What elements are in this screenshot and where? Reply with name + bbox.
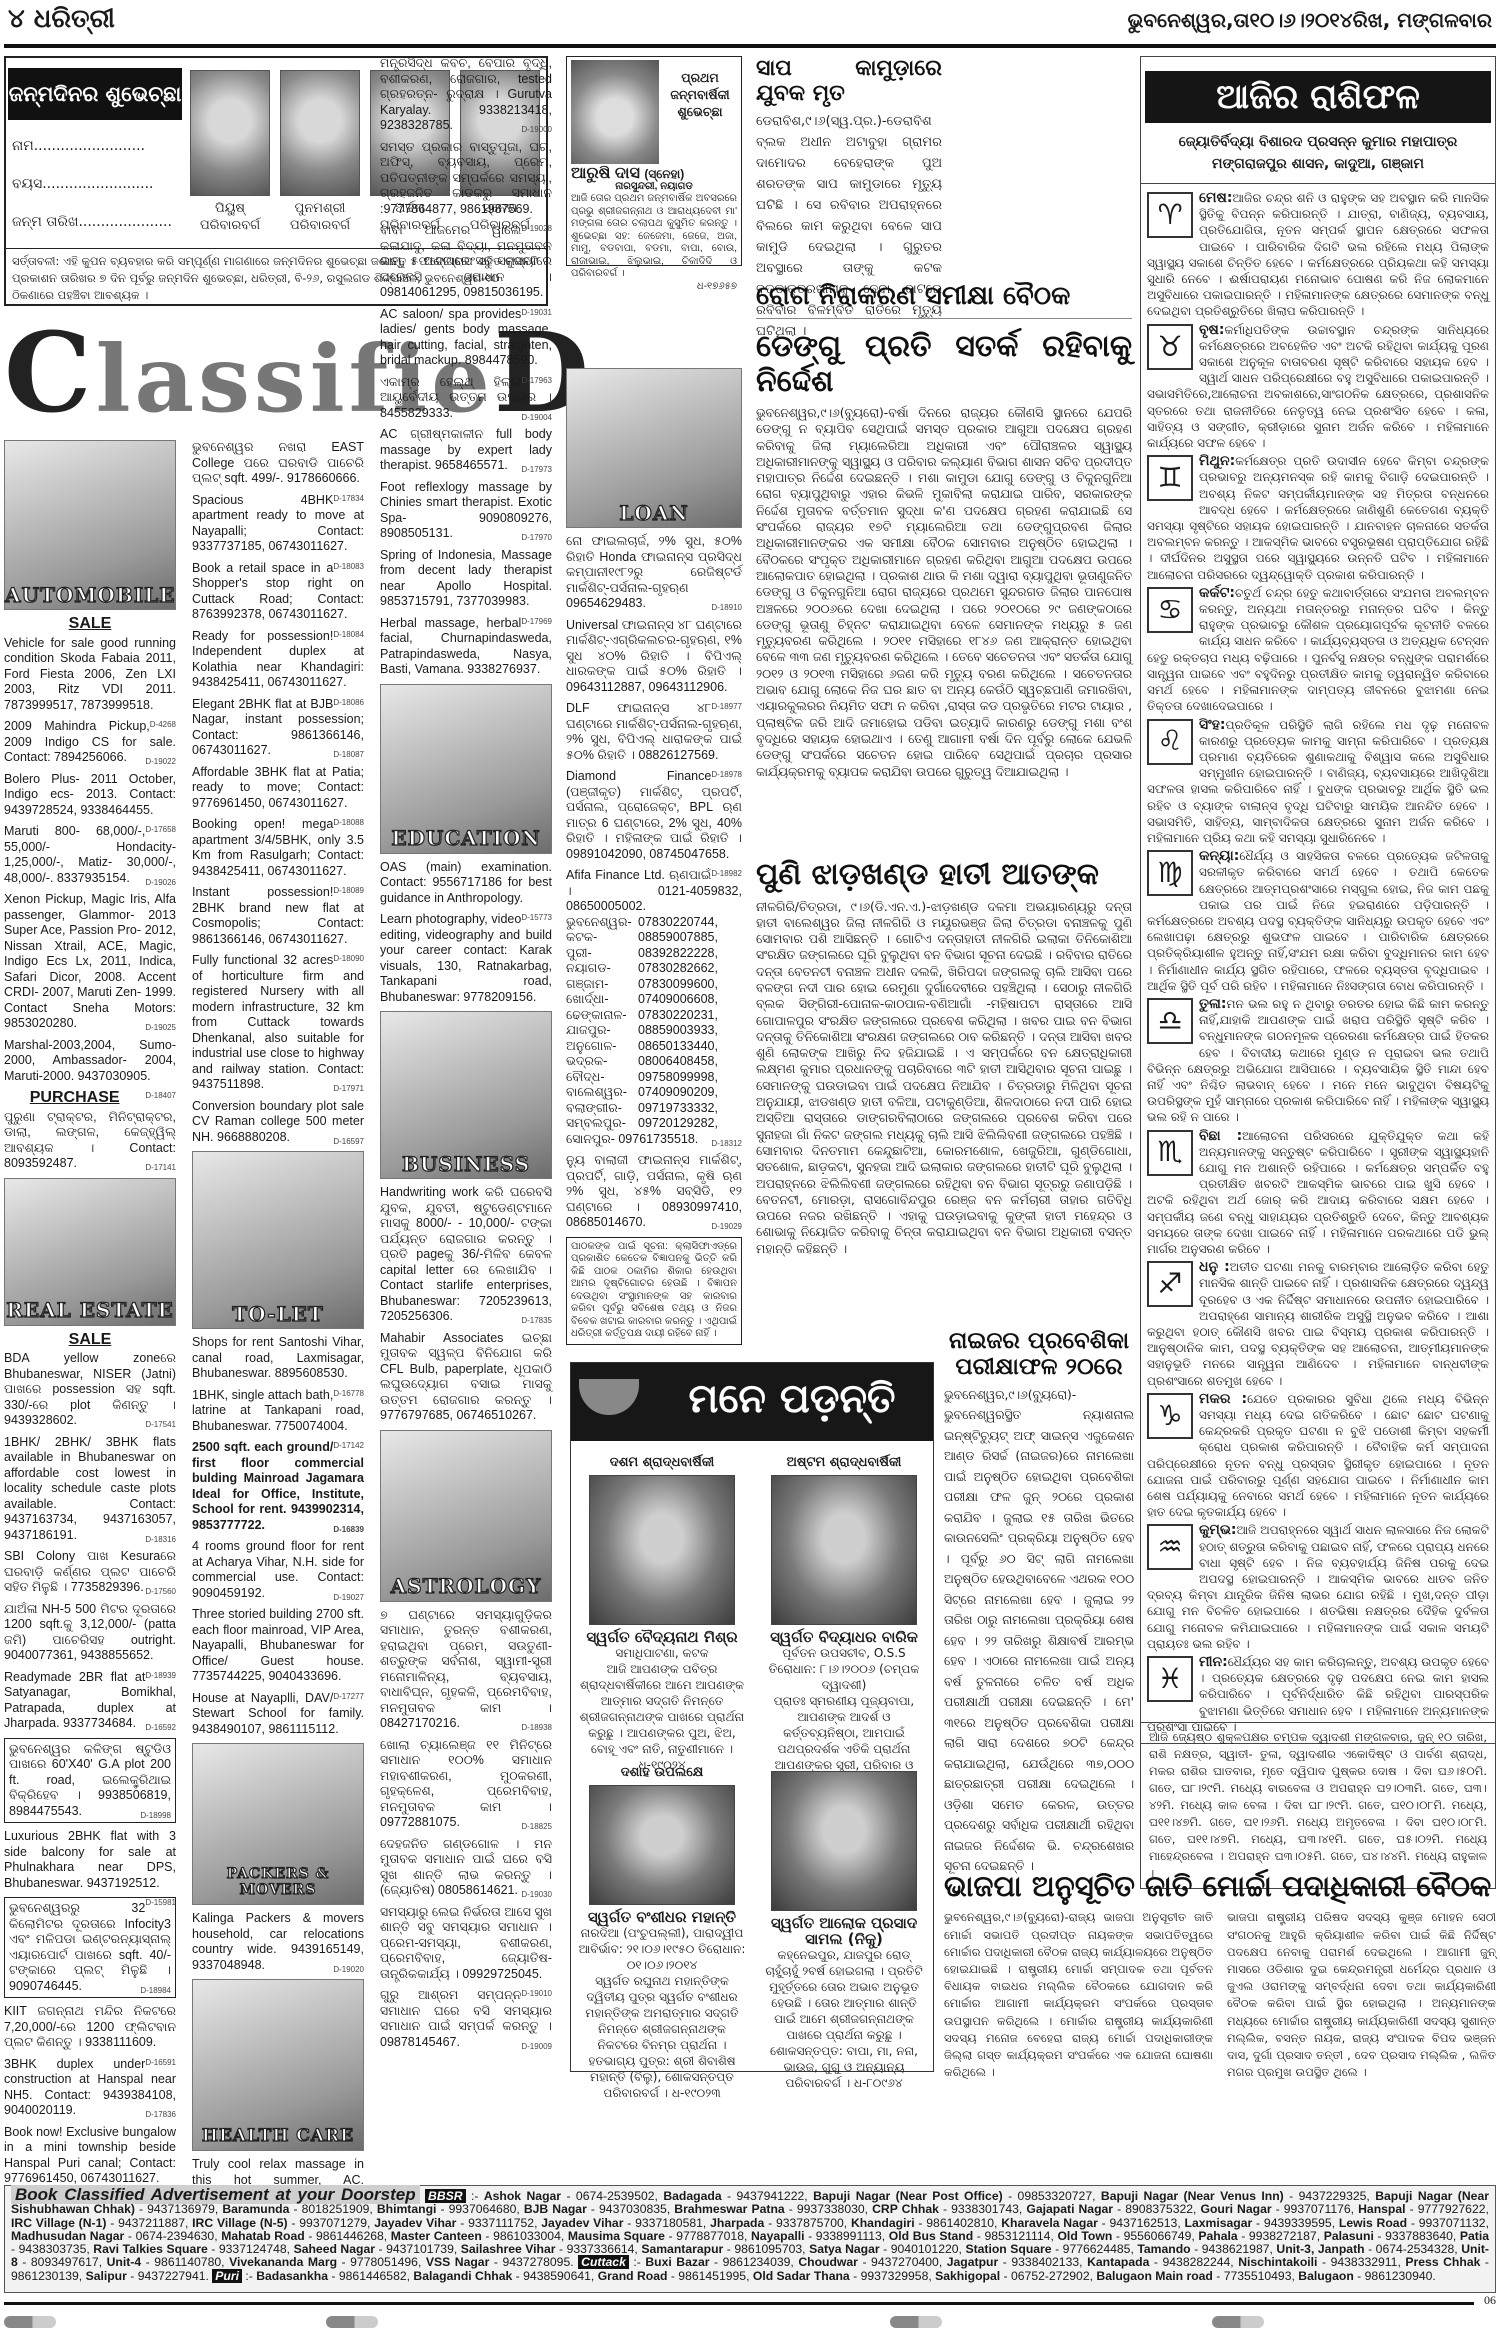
ad-code: D-17658	[145, 822, 176, 838]
ad-code: D-19026	[145, 875, 176, 891]
classified-ad: KIIT ଜଗନ୍ନାଥ ମନ୍ଦିର ନିକଟରେ 7,20,000/-ରେ …	[4, 2004, 176, 2051]
obituary-banner: ମନେ ପଡ଼ନ୍ତି	[571, 1363, 933, 1441]
classified-ad: Foot reflexlogy massage by Chinies smart…	[380, 480, 552, 542]
classified-ad: 4 rooms ground floor for rent at Acharya…	[192, 1539, 364, 1601]
branch-row: ଭୁବନେଶ୍ୱର-07830220744,	[566, 915, 742, 931]
ad-code: D-17971	[333, 1081, 364, 1097]
horoscope-sign: ♑ମକର :ଯେତେ ପ୍ରକାରର ସୁବିଧା ଥିଲେ ମଧ୍ୟ ବିଭି…	[1147, 1391, 1489, 1521]
classified-column-1: AUTOMOBILE SALE Vehicle for sale good ru…	[4, 440, 176, 2206]
footer-rule	[4, 2302, 1474, 2305]
horoscope-sign: ♉ବୃଷ:କର୍ମାଧିପତିଙ୍କ ଉଚ୍ଚାବସ୍ଥାନ ଚନ୍ଦ୍ରଙ୍କ…	[1147, 322, 1489, 452]
classified-ad: Three storied building 2700 sft. each fl…	[192, 1607, 364, 1685]
branch-row: ଗଞ୍ଜାମ-07830099600,	[566, 977, 742, 993]
headline: ସାପ କାମୁଡ଼ାରେ ଯୁବକ ମୃତ	[756, 56, 942, 107]
ad-code: D-18089	[333, 883, 364, 899]
classified-ad: ନୋ ଫାଇଲଚାର୍ଜ, ୨% ସୁଧ, ୫୦% ରିହାତି Honda ଫ…	[566, 534, 742, 612]
classified-ad: Kalinga Packers & movers household, car …	[192, 1911, 364, 1973]
branch-row: ଢେଙ୍କାନାଳ-07830220231,	[566, 1008, 742, 1024]
classified-ad: ୭ ଘଣ୍ଟାରେ ସମସ୍ୟାଗୁଡ଼ିକର ସମାଧାନ, ତୁରନ୍ତ ବ…	[380, 1608, 552, 1732]
niser-news: ନାଇଜର ପ୍ରବେଶିକା ପରୀକ୍ଷାଫଳ ୨୦ରେ ଭୁବନେଶ୍ୱର…	[944, 1328, 1134, 1877]
ad-code: D-19031	[521, 305, 552, 321]
ad-code: D-16778	[333, 1386, 364, 1402]
classified-ad: BDA yellow zoneରେ Bhubaneswar, NISER (Ja…	[4, 1351, 176, 1429]
registration-mark	[1212, 2316, 1264, 2328]
ad-code: D-18978	[711, 767, 742, 783]
classified-ad: ଭୁବନେଶ୍ୱର ନଖରା EAST College ପରେ ଘରବାଡି ପ…	[192, 440, 364, 487]
headline: ପୁଣି ଝାଡ଼ଖଣ୍ଡ ହାତୀ ଆତଙ୍କ	[756, 858, 1132, 893]
birthday-message: ଆଜି ତୋର ପ୍ରଥମ ଜନ୍ମବାର୍ଷିକ ଅବସରରେ ପ୍ରଭୁ ଶ…	[571, 193, 737, 281]
loan-banner: LOAN	[566, 368, 742, 528]
classified-ad: ମନ୍ତ୍ରସିଦ୍ଧ କବଚ, ବେପାର ବୃଦ୍ଧି, ବଶୀକରଣ, ର…	[380, 56, 552, 134]
article-body: ନୀଳଗିରି/ଚିତ୍ରଡା, ୯।୬(ଡି.ଏନ.ଏ.)-ଝାଡ଼ଖଣ୍ଡ …	[756, 899, 1132, 1258]
classified-ad: Handwriting work କରି ଘରେବସି ଯୁବକ, ଯୁବତୀ,…	[380, 1185, 552, 1325]
ad-code: D-17963	[521, 373, 552, 389]
ad-code: D-18086	[333, 695, 364, 711]
zodiac-icon: ♏	[1147, 1130, 1193, 1176]
horoscope-sign: ♒କୁମ୍ଭ:ଆଜି ଅପରାହ୍ନରେ ସ୍ୱାର୍ଥ ସାଧନ ଲାଳସାର…	[1147, 1522, 1489, 1652]
ad-code: ଧ-୧୭୬୫୭	[571, 281, 737, 294]
ad-code: D-19027	[333, 1590, 364, 1606]
horoscope-sign: ♐ଧନୁ :ଅତୀତ ଘଟଣା ମନକୁ ବାରମ୍ବାର ଆଲୋଡ଼ିତ କର…	[1147, 1259, 1489, 1389]
ad-code: D-16597	[333, 1134, 364, 1150]
ad-code: D-18977	[711, 699, 742, 715]
zodiac-icon: ♒	[1147, 1524, 1193, 1570]
branch-row: ସମ୍ବଲପୁର-09720129282,	[566, 1116, 742, 1132]
name-field: ନାମ.........................	[12, 138, 145, 154]
horoscope-sign: ♍କନ୍ୟା:ଧୈର୍ଯ୍ୟ ଓ ସାହସିକତା ବଳରେ ପ୍ରତ୍ୟେକ …	[1147, 848, 1489, 994]
kid-caption: ପୁନମଶ୍ରୀପରିବାରବର୍ଗ	[275, 200, 365, 234]
ad-code: D-4268	[150, 717, 176, 733]
classified-ad: Spring of Indonesia, Massage from decent…	[380, 548, 552, 610]
page-label: ୪ ଧରିତ୍ରୀ	[8, 4, 115, 35]
article-body: ଭୁବନେଶ୍ୱର,୯।୬(ବ୍ୟୁରୋ)-ରାଜ୍ୟ ଭାଜପା ଅନୁସୂଚ…	[944, 1909, 1213, 2081]
ad-code: D-18084	[333, 627, 364, 643]
ad-code: D-18910	[711, 600, 742, 616]
health-care-banner: HEALTH CARE	[192, 1979, 364, 2151]
horoscope-sign: ♏ବିଛା :ଆଲୋଚନା ପରିସରରେ ଯୁକ୍ତିଯୁକ୍ତ କଥା କହ…	[1147, 1128, 1489, 1258]
article-body: ଭୁବନେଶ୍ୱର,୯।୬(ବ୍ୟୁରୋ)-ବର୍ଷା ଦିନରେ ରାଜ୍ୟର…	[756, 405, 1132, 780]
kid-photo	[280, 70, 360, 196]
ad-code: D-17541	[145, 1417, 176, 1433]
zodiac-icon: ♈	[1147, 192, 1193, 238]
ad-code: D-15981	[145, 1895, 176, 1911]
ad-code: D-17970	[521, 530, 552, 546]
ad-code: D-18982	[711, 866, 742, 882]
branch-row: ଭଦ୍ରକ-08006408458,	[566, 1054, 742, 1070]
baby-name: ଆରୁଷି ଦାସ (ସ୍ନେହା)	[571, 164, 737, 181]
dateline: ଭୁବନେଶ୍ୱର,ତା୧୦।୬।୨୦୧୪ରିଖ, ମଙ୍ଗଳବାର	[1128, 8, 1492, 32]
classified-ad: Diamond Finance (ପଞ୍ଜୀକୃତ) ମାର୍କଶିଟ୍, ପ୍…	[566, 769, 742, 862]
ad-code: D-17834	[333, 491, 364, 507]
ad-code: D-18088	[333, 815, 364, 831]
booking-centres-footer: Book Classified Advertisement at your Do…	[4, 2185, 1496, 2293]
dob-field: ଜନ୍ମ ତାରିଖ.....................	[12, 214, 172, 230]
zodiac-icon: ♋	[1147, 587, 1193, 633]
ad-code: D-18087	[333, 747, 364, 763]
ad-code: D-17277	[333, 1689, 364, 1705]
booking-title: Book Classified Advertisement at your Do…	[11, 2185, 420, 2204]
ad-code: D-19004	[521, 410, 552, 426]
classified-ad: 2500 sqft. each ground/ first floor comm…	[192, 1440, 364, 1533]
reader-notice: ପାଠକଙ୍କ ପାଇଁ ସୂଚନା: କ୍ଲାସିଫାଏଡ୍‌ରେ ପ୍ରକା…	[566, 1237, 742, 1345]
ad-code: D-17560	[145, 1584, 176, 1600]
bjp-news: ଭାଜପା ଅନୁସୂଚିତ ଜାତି ମୋର୍ଚ୍ଚା ପଦାଧିକାରୀ ବ…	[944, 1870, 1496, 2081]
classified-ad: Mahabir Associates ଇଚ୍ଛା ମୁତାବକ ସ୍ୱଳ୍ପ ବ…	[380, 1331, 552, 1424]
horoscope-sign: ♊ମିଥୁନ:କର୍ମକ୍ଷେତ୍ର ପ୍ରତି ଉଦାସୀନ ହେବେ କିମ…	[1147, 453, 1489, 583]
zodiac-icon: ♌	[1147, 719, 1193, 765]
horoscope-body: ♈ମେଷ:ଆଜିର ଚନ୍ଦ୍ର ଶନି ଓ ରାହୁଙ୍କ ସହ ଅବସ୍ଥା…	[1141, 184, 1495, 1743]
obituary-entry: ସ୍ୱର୍ଗତ ଆଲୋକ ପ୍ରସାଦ ସାମଲ (ନିକୁ) କହ୍ନେଇପୁ…	[759, 1771, 929, 2091]
classified-ad: ସମସ୍ତ ପ୍ରକାର ବାସ୍ତୁପୂଜା, ଘର, ଅଫିସ୍, ବ୍ୟବ…	[380, 140, 552, 218]
ad-code: D-19025	[145, 1020, 176, 1036]
classified-ad: AC ଗ୍ରୀଷ୍ମକାଳୀନ full body massage by exp…	[380, 427, 552, 474]
classified-ad: Universal ଫାଇନାନ୍ସ ୪୮ ଘଣ୍ଟାରେ ମାର୍କଶିଟ୍-…	[566, 618, 742, 696]
headline: ଭାଜପା ଅନୁସୂଚିତ ଜାତି ମୋର୍ଚ୍ଚା ପଦାଧିକାରୀ ବ…	[944, 1870, 1496, 1903]
classified-ad: Marshal-2003,2004, Sumo-2000, Ambassador…	[4, 1038, 176, 1085]
classified-ad: ପୁରୁଣା ଟ୍ରାକ୍ଟର, ମିନିଟ୍ରାକ୍ଟର, ଡାଲା, ଲଙ୍…	[4, 1110, 176, 1172]
ad-code: D-17141	[145, 1160, 176, 1176]
ad-code: D-18083	[333, 559, 364, 575]
zodiac-icon: ♎	[1147, 998, 1193, 1044]
balaji-finance-ad: ନ୍ୟୁ ବାଲାଜୀ ଫାଇନାନ୍ସ ମାର୍କଶିଟ୍, ପ୍ରପର୍ଟି…	[566, 1153, 742, 1231]
dengue-news: ଡେଙ୍ଗୁ ପ୍ରତି ସତର୍କ ରହିବାକୁ ନିର୍ଦ୍ଦେଶ ଭୁବ…	[756, 330, 1132, 780]
ad-code: D-18998	[140, 1808, 171, 1824]
branch-row: ନୟାଗଡ-07830282662,	[566, 961, 742, 977]
ad-code: D-19022	[145, 754, 176, 770]
zodiac-icon: ♉	[1147, 324, 1193, 370]
ad-code: D-17969	[521, 614, 552, 630]
ad-code: D-15773	[521, 910, 552, 926]
zodiac-icon: ♑	[1147, 1393, 1193, 1439]
kid-photo	[190, 70, 270, 196]
registration-mark	[326, 2316, 378, 2328]
portrait	[589, 1475, 735, 1625]
portrait	[589, 1785, 735, 1905]
kid-caption: ପିୟୁଷ୍ପରିବାରବର୍ଗ	[185, 200, 275, 234]
branch-row: ଅନୁଗୋଳ-08650133440,	[566, 1039, 742, 1055]
portrait	[771, 1771, 917, 1911]
branch-row: ଯାଜପୁର-08859003933,	[566, 1023, 742, 1039]
ad-code: D-19028	[521, 221, 552, 237]
classified-ad: Bolero Plus- 2011 October, Indigo ecs- 2…	[4, 772, 176, 819]
classified-ad: ଯାଅଁଳା NH-5 500 ମିଟର ଦୂରତାରେ 1200 sqft.କ…	[4, 1602, 176, 1664]
ad-code: D-18407	[145, 1088, 176, 1104]
registration-mark	[890, 2316, 942, 2328]
article-body: ଭୁବନେଶ୍ୱର,୯।୬(ବ୍ୟୁରୋ)- ଭୁବନେଶ୍ୱରସ୍ଥିତ ନ୍…	[944, 1385, 1134, 1877]
classified-ad: Conversion boundary plot sale CV Raman c…	[192, 1099, 364, 1146]
real-estate-banner: REAL ESTATE	[4, 1178, 176, 1326]
branch-row: କଟକ-08859007885,	[566, 930, 742, 946]
ad-code: D-16592	[145, 1720, 176, 1736]
elephant-news: ପୁଣି ଝାଡ଼ଖଣ୍ଡ ହାତୀ ଆତଙ୍କ ନୀଳଗିରି/ଚିତ୍ରଡା…	[756, 858, 1132, 1257]
header-rule	[4, 44, 1496, 48]
section-heading: SALE	[4, 1332, 176, 1348]
obituary-entry: ଦଶାହ ଉପଲକ୍ଷେ ସ୍ୱର୍ଗତ ବଂଶୀଧର ମହାନ୍ତି ନାରଦ…	[577, 1759, 747, 2101]
section-heading: SALE	[4, 616, 176, 632]
ad-code: D-19010	[521, 1986, 552, 2002]
headline: ଡେଙ୍ଗୁ ପ୍ରତି ସତର୍କ ରହିବାକୁ ନିର୍ଦ୍ଦେଶ	[756, 330, 1132, 399]
horoscope-sign: ♈ମେଷ:ଆଜିର ଚନ୍ଦ୍ର ଶନି ଓ ରାହୁଙ୍କ ସହ ଅବସ୍ଥା…	[1147, 190, 1489, 320]
obituary-section: ମନେ ପଡ଼ନ୍ତି ଦଶମ ଶ୍ରାଦ୍ଧବାର୍ଷିକୀ ସ୍ୱର୍ଗତ …	[570, 1362, 934, 2072]
city-label: Puri	[212, 2269, 242, 2283]
portrait	[771, 1475, 917, 1625]
baby-place: ନାରସୁନ୍ଦରୀ, ନୟାଗଡ	[571, 181, 737, 194]
afifa-finance-ad: Afifa Finance Ltd. ଋଣପାଇଁ । 0121-4059832…	[566, 868, 742, 1147]
classified-ad: Xenon Pickup, Magic Iris, Alfa passenger…	[4, 892, 176, 1032]
ad-code: D-17835	[521, 1313, 552, 1329]
ad-code: D-18939	[145, 1668, 176, 1684]
first-birthday-ad: ପ୍ରଥମ ଜନ୍ମବାର୍ଷିକୀ ଶୁଭେଚ୍ଛା ଆରୁଷି ଦାସ (ସ…	[566, 56, 742, 266]
ad-code: D-17142	[333, 1438, 364, 1454]
article-body: ଭାଜପା ରାଷ୍ଟ୍ରୀୟ ପରିଷଦ ସଦସ୍ୟ କୁଞ୍ଜ ମୋହନ ସ…	[1227, 1909, 1496, 2081]
horoscope-sign: ♎ତୁଳା:ମନ ଭଲ ରହୁ ନ ଥିବାରୁ ତରତର ହୋଇ କିଛି କ…	[1147, 996, 1489, 1126]
classified-ad: Shops for rent Santoshi Vihar, canal roa…	[192, 1335, 364, 1382]
baby-photo	[571, 60, 659, 164]
classified-ad: Luxurious 2BHK flat with 3 side balcony …	[4, 1829, 176, 1891]
age-field: ବୟସ.........................	[12, 176, 153, 192]
city-label: BBSR	[425, 2189, 466, 2203]
horoscope-sign: ♌ସିଂହ:ପ୍ରତିକୂଳ ପରିସ୍ଥିତି ଲାଗି ରହିଲେ ମଧ ଦ…	[1147, 717, 1489, 847]
ad-code: D-18825	[521, 1819, 552, 1835]
panchanga: ଆଜି ଜ୍ୟେଷ୍ଠ ଶୁକ୍ଳପକ୍ଷର ଚମ୍ପକ ଦ୍ୱାଦଶୀ ମଙ୍…	[1140, 1722, 1496, 1889]
zodiac-icon: ♍	[1147, 850, 1193, 896]
obituary-entry: ଦଶମ ଶ୍ରାଦ୍ଧବାର୍ଷିକୀ ସ୍ୱର୍ଗତ ବୈଦ୍ୟନାଥ ମିଶ…	[577, 1449, 747, 1773]
classified-ad: 1BHK/ 2BHK/ 3BHK flats available in Bhub…	[4, 1435, 176, 1544]
ad-code: D-19000	[521, 122, 552, 138]
zodiac-icon: ♐	[1147, 1261, 1193, 1307]
birthday-title: ଜନ୍ମଦିନର ଶୁଭେଚ୍ଛା	[8, 68, 182, 120]
classified-column-2: ଭୁବନେଶ୍ୱର ନଖରା EAST College ପରେ ଘରବାଡି ପ…	[192, 440, 364, 2262]
page-number: 06	[1484, 2293, 1496, 2308]
ad-code: D-19030	[521, 1887, 552, 1903]
city-label: Cuttack	[578, 2255, 629, 2269]
classified-ad: OAS (main) examination. Contact: 9556717…	[380, 860, 552, 907]
headline: ରୋଗ ନିରାକରଣ ସମୀକ୍ଷା ବୈଠକ	[756, 282, 1132, 319]
ad-code: D-17973	[521, 462, 552, 478]
ad-code: D-17836	[145, 2107, 176, 2123]
horoscope-sign: ♋କର୍କଟ:ଚତୁର୍ଥ ଚନ୍ଦ୍ର ହେତୁ କଥାବାର୍ତ୍ତାରେ …	[1147, 585, 1489, 715]
business-banner: BUSINESS	[380, 1011, 552, 1179]
classified-ad: ସମସ୍ୟାରୁ ଲେଇ ନିର୍ଭରତା ଆସେ ସୁଖ ଶାନ୍ତି ସବୁ…	[380, 1905, 552, 1983]
ad-code: D-18316	[145, 1532, 176, 1548]
registration-mark	[4, 2316, 56, 2328]
classified-ad: SBI Colony ପାଖ Kesuraରେ ଘରବାଡ଼ି କର୍ଣ୍ଣର …	[4, 1549, 176, 1596]
classified-ad: ଖୋଲା ଚ୍ୟାଲେଞ୍ଜ ୧୧ ମିନିଟ୍‌ରେ ସମାଧାନ ୧୦୦% …	[380, 1738, 552, 1831]
ad-code: D-19009	[521, 2039, 552, 2055]
ad-code: D-18984	[140, 1983, 171, 1999]
ad-code: D-18938	[521, 1720, 552, 1736]
classified-ad: Fully functional 32 acres of horticultur…	[192, 953, 364, 1093]
packers-movers-banner: PACKERS & MOVERS	[192, 1743, 364, 1905]
zodiac-icon: ♊	[1147, 455, 1193, 501]
classified-ad: Affordable 3BHK flat at Patia; ready to …	[192, 765, 364, 812]
ad-code: D-18090	[333, 951, 364, 967]
horoscope-section: ଆଜିର ରାଶିଫଳ ଜ୍ୟୋତିର୍ବିଦ୍ୟା ବିଶାରଦ ପ୍ରସନ୍…	[1140, 56, 1496, 1744]
classified-ad: Book now! Exclusive bungalow in a mini t…	[4, 2125, 176, 2187]
classified-ad: ଦେହଜନିତ ଗଣ୍ଡଗୋଳ । ମନ ମୁତାବକ ସମାଧାନ ପାଇଁ …	[380, 1837, 552, 1899]
headline: ନାଇଜର ପ୍ରବେଶିକା ପରୀକ୍ଷାଫଳ ୨୦ରେ	[944, 1328, 1134, 1381]
ad-code: D-19020	[333, 1962, 364, 1978]
lamp-icon	[579, 1379, 639, 1415]
branch-row: ବଲାଙ୍ଗୀର-09719733332,	[566, 1101, 742, 1117]
branch-row: ଖୋର୍ଦ୍ଧା-07409006608,	[566, 992, 742, 1008]
classified-ad: Learn photography, video editing, videog…	[380, 912, 552, 1005]
branch-row: ବାଲେଶ୍ୱର-07409090209,	[566, 1085, 742, 1101]
branch-row: ପୁରୀ-08392822228,	[566, 946, 742, 962]
to-let-banner: TO-LET	[192, 1151, 364, 1329]
astrology-banner: ASTROLOGY	[380, 1430, 552, 1602]
classified-column-4: ପ୍ରଥମ ଜନ୍ମବାର୍ଷିକୀ ଶୁଭେଚ୍ଛା ଆରୁଷି ଦାସ (ସ…	[566, 56, 742, 1345]
obituary-entry: ଅଷ୍ଟମ ଶ୍ରାଦ୍ଧବାର୍ଷିକୀ ସ୍ୱର୍ଗତ ବିଦ୍ୟାଧର ବ…	[759, 1449, 929, 1789]
ad-code: D-16591	[145, 2055, 176, 2071]
classified-ad: Vehicle for sale good running condition …	[4, 636, 176, 714]
automobile-banner: AUTOMOBILE	[4, 440, 176, 610]
classified-column-3: ମନ୍ତ୍ରସିଦ୍ଧ କବଚ, ବେପାର ବୃଦ୍ଧି, ବଶୀକରଣ, ର…	[380, 56, 552, 2056]
education-banner: EDUCATION	[380, 684, 552, 854]
branch-row: ବୌଦ୍ଧ-09758099998,	[566, 1070, 742, 1086]
zodiac-icon: ♓	[1147, 1656, 1193, 1702]
classified-ad: ଭୁବନେଶ୍ୱର କଳିଙ୍ଗ ଷ୍ଟୁଡିଓ ପାଖରେ 60'X40' G…	[4, 1738, 176, 1824]
astrologer-byline: ଜ୍ୟୋତିର୍ବିଦ୍ୟା ବିଶାରଦ ପ୍ରସନ୍ନ କୁମାର ମହାପ…	[1141, 123, 1495, 184]
ad-code: D-16839	[333, 1522, 364, 1538]
horoscope-title: ଆଜିର ରାଶିଫଳ	[1145, 71, 1491, 123]
classified-ad: ଭୁବନେଶ୍ୱରରୁ 32 କିଲୋମିଟର ଦୂରତାରେ Infocity…	[4, 1897, 176, 1998]
